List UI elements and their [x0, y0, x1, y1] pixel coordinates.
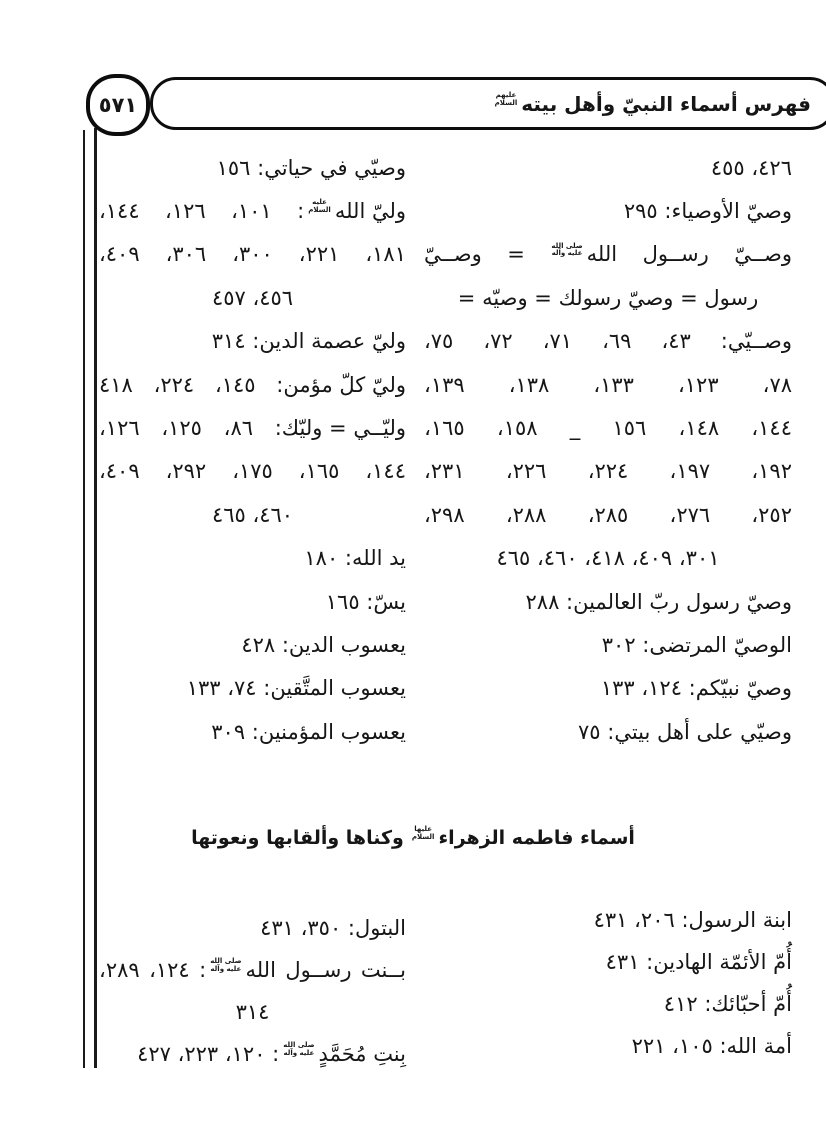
entry-segment: ٢٢١،: [299, 242, 340, 266]
entry-segment: =: [507, 242, 525, 266]
entry-segment: فهرس أسماء النبيّ وأهل بيتهعليهمالسلام: [494, 92, 811, 116]
entry-segment: ١٦٥،: [424, 416, 465, 440]
entry-segment: ١٤٨،: [679, 416, 720, 440]
index-entry-line: وليّ كلّ مؤمن:١٤٥،٢٢٤،٤١٨: [99, 363, 406, 406]
entry-segment: وصــيّي:: [721, 329, 792, 353]
index-entry-line: رسول = وصيّ رسولك = وصيّه =: [424, 276, 792, 319]
entry-segment: أسماء فاطمه الزهراءعليهاالسلام: [411, 827, 635, 849]
index-entry-line: وصيّي في حياتي: ١٥٦: [99, 146, 406, 189]
entry-segment: وكناها وألقابها ونعوتها: [191, 827, 404, 849]
index-entry-line: ٤٥٦، ٤٥٧: [99, 276, 406, 319]
index-entry-line: ١٤٤،١٦٥،١٧٥،٢٩٢،٤٠٩،: [99, 450, 406, 493]
entry-segment: وصيّي في حياتي: ١٥٦: [217, 156, 406, 180]
book-page: ٥٧١ فهرس أسماء النبيّ وأهل بيتهعليهمالسل…: [0, 0, 826, 1147]
index-entry-line: يد الله: ١٨٠: [99, 537, 406, 580]
honorific-saws-icon: صلى اللهعليه وآله: [210, 958, 241, 974]
entry-segment: ٢٧٦،: [670, 503, 711, 527]
honorific-saws-icon: صلى اللهعليه وآله: [551, 243, 582, 259]
entry-segment: ٤٥٦، ٤٥٧: [212, 286, 293, 310]
entry-segment: رســول: [643, 242, 709, 266]
entry-segment: ١٣٣،: [593, 373, 634, 397]
entry-segment: ١٣٩،: [424, 373, 465, 397]
index-entry-line: وصيّ نبيّكم: ١٢٤، ١٣٣: [424, 667, 792, 710]
index-entry-line: وصيّ رسول ربّ العالمين: ٢٨٨: [424, 580, 792, 623]
entry-segment: ٢٥٢،: [751, 503, 792, 527]
entry-segment: الوصيّ المرتضى: ٣٠٢: [602, 633, 792, 657]
entry-segment: ١٩٢،: [751, 459, 792, 483]
entry-segment: ٤٢٦، ٤٥٥: [711, 156, 792, 180]
entry-segment: ١٢٣،: [678, 373, 719, 397]
index-entry-line: يسّ: ١٦٥: [99, 580, 406, 623]
entry-segment: ٢٢٦،: [506, 459, 547, 483]
entry-segment: ١٤٤،: [99, 199, 140, 223]
entry-segment: ١٨١،: [365, 242, 406, 266]
entry-segment: وصيّي على أهل بيتي: ٧٥: [578, 720, 792, 744]
index-entry-line: ٣٠١، ٤٠٩، ٤١٨، ٤٦٠، ٤٦٥: [424, 537, 792, 580]
entry-segment: ١٠١،: [231, 199, 272, 223]
entry-segment: ٤٠٩،: [99, 459, 140, 483]
index-entry-line: وليّ عصمة الدين: ٣١٤: [99, 320, 406, 363]
entry-segment: ١٦٥،: [299, 459, 340, 483]
honorific-asm-icon: عليهمالسلام: [495, 92, 518, 108]
entry-segment: ٣١٤: [236, 1000, 270, 1024]
entry-segment: ٢٢٤،: [154, 373, 195, 397]
entry-segment: بِنتِ مُحَمَّدٍصلى اللهعليه وآله: ١٢٠، ٢…: [137, 1042, 406, 1066]
entry-segment: يعسوب المتَّقين: ٧٤، ١٣٣: [187, 676, 406, 700]
entry-segment: اللهصلى اللهعليه وآله: [550, 242, 617, 266]
honorific-as-icon: عليهالسلام: [308, 199, 331, 215]
entry-segment: ٢٨٩،: [99, 958, 140, 982]
entry-segment: ١٢٤،: [149, 958, 190, 982]
entry-segment: يعسوب المؤمنين: ٣٠٩: [211, 720, 406, 744]
entry-segment: اللهصلى اللهعليه وآله:: [199, 958, 276, 982]
header-box: فهرس أسماء النبيّ وأهل بيتهعليهمالسلام: [150, 77, 826, 130]
entry-segment: ١٤٤،: [365, 459, 406, 483]
entry-segment: ٧٥،: [424, 329, 453, 353]
entry-segment: ٣٠٦،: [166, 242, 207, 266]
entry-segment: _: [570, 416, 581, 440]
entry-segment: ٨٦،: [224, 416, 253, 440]
margin-rule-thin: [83, 130, 85, 1068]
entry-segment: ٢٩٢،: [166, 459, 207, 483]
entry-segment: ١٢٥،: [161, 416, 202, 440]
index-entry-line: ١٨١،٢٢١،٣٠٠،٣٠٦،٤٠٩،: [99, 233, 406, 276]
entry-segment: وصيّ نبيّكم: ١٢٤، ١٣٣: [601, 676, 792, 700]
entry-segment: ١٣٨،: [509, 373, 550, 397]
index-entry-line: ابنة الرسول: ٢٠٦، ٤٣١: [424, 899, 792, 941]
entry-segment: رسول = وصيّ رسولك = وصيّه =: [458, 286, 758, 310]
index-entry-line: ٣١٤: [99, 991, 406, 1033]
entry-segment: ٦٩،: [602, 329, 631, 353]
index-entry-line: يعسوب المتَّقين: ٧٤، ١٣٣: [99, 667, 406, 710]
entry-segment: ١٢٦،: [99, 416, 140, 440]
index-entry-line: أُمّ الأئمّة الهادين: ٤٣١: [424, 941, 792, 983]
index-entry-line: بِنتِ مُحَمَّدٍصلى اللهعليه وآله: ١٢٠، ٢…: [99, 1033, 406, 1075]
entry-segment: أُمّ أحبّائك: ٤١٢: [664, 992, 792, 1016]
entry-segment: ٣٠١، ٤٠٩، ٤١٨، ٤٦٠، ٤٦٥: [496, 546, 719, 570]
section-heading: أسماء فاطمه الزهراءعليهاالسلاموكناها وأل…: [0, 818, 826, 858]
index-entry-line: ٢٥٢،٢٧٦،٢٨٥،٢٨٨،٢٩٨،: [424, 493, 792, 536]
entry-segment: ٢٢٤،: [588, 459, 629, 483]
index-entry-line: البتول: ٣٥٠، ٤٣١: [99, 907, 406, 949]
index-entry-line: الوصيّ المرتضى: ٣٠٢: [424, 623, 792, 666]
margin-rule-thick: [94, 128, 97, 1068]
index-bottom-left-column: البتول: ٣٥٠، ٤٣١بــنترســولاللهصلى اللهع…: [99, 907, 406, 1075]
entry-segment: يسّ: ١٦٥: [326, 590, 406, 614]
entry-segment: رســول: [285, 958, 351, 982]
index-top-left-column: وصيّي في حياتي: ١٥٦وليّ اللهعليهالسلام:١…: [99, 146, 406, 753]
entry-segment: ١٢٦،: [165, 199, 206, 223]
index-entry-line: فهرس أسماء النبيّ وأهل بيتهعليهمالسلام: [494, 80, 811, 127]
entry-segment: وليّ كلّ مؤمن:: [276, 373, 406, 397]
entry-segment: ٤٦٠، ٤٦٥: [212, 503, 293, 527]
honorific-saws-icon: صلى اللهعليه وآله: [283, 1042, 314, 1058]
entry-segment: ابنة الرسول: ٢٠٦، ٤٣١: [594, 908, 792, 932]
entry-segment: ٤٠٩،: [99, 242, 140, 266]
entry-segment: أمة الله: ١٠٥، ٢٢١: [632, 1034, 792, 1058]
index-entry-line: يعسوب الدين: ٤٢٨: [99, 623, 406, 666]
entry-segment: يعسوب الدين: ٤٢٨: [241, 633, 406, 657]
entry-segment: وصيّ الأوصياء: ٢٩٥: [624, 199, 792, 223]
index-entry-line: يعسوب المؤمنين: ٣٠٩: [99, 710, 406, 753]
entry-segment: ١٥٦: [612, 416, 646, 440]
page-number: ٥٧١: [99, 93, 137, 117]
index-entry-line: أُمّ أحبّائك: ٤١٢: [424, 983, 792, 1025]
entry-segment: ١٩٧،: [670, 459, 711, 483]
entry-segment: ٧٢،: [483, 329, 512, 353]
entry-segment: ٧١،: [543, 329, 572, 353]
index-bottom-right-column: ابنة الرسول: ٢٠٦، ٤٣١أُمّ الأئمّة الهادي…: [424, 899, 792, 1067]
entry-segment: يد الله: ١٨٠: [304, 546, 406, 570]
index-entry-line: وصيّ الأوصياء: ٢٩٥: [424, 189, 792, 232]
index-entry-line: وليّ اللهعليهالسلام:١٠١،١٢٦،١٤٤،: [99, 189, 406, 232]
index-entry-line: وصــيّرســولاللهصلى اللهعليه وآله=وصــيّ: [424, 233, 792, 276]
entry-segment: وليّــي = وليّك:: [275, 416, 406, 440]
entry-segment: ٣٠٠،: [232, 242, 273, 266]
entry-segment: البتول: ٣٥٠، ٤٣١: [260, 916, 406, 940]
index-entry-line: أسماء فاطمه الزهراءعليهاالسلاموكناها وأل…: [0, 818, 826, 858]
honorific-asf-icon: عليهاالسلام: [412, 826, 435, 842]
index-entry-line: ١٩٢،١٩٧،٢٢٤،٢٢٦،٢٣١،: [424, 450, 792, 493]
entry-segment: ٧٨،: [763, 373, 792, 397]
entry-segment: ١٤٥،: [215, 373, 256, 397]
entry-segment: ٤١٨: [99, 373, 133, 397]
entry-segment: ٢٨٥،: [588, 503, 629, 527]
index-entry-line: وصــيّي:٤٣،٦٩،٧١،٧٢،٧٥،: [424, 320, 792, 363]
index-entry-line: بــنترســولاللهصلى اللهعليه وآله:١٢٤،٢٨٩…: [99, 949, 406, 991]
entry-segment: ٢٣١،: [424, 459, 465, 483]
index-top-right-column: ٤٢٦، ٤٥٥وصيّ الأوصياء: ٢٩٥وصــيّرســولال…: [424, 146, 792, 753]
page-number-badge: ٥٧١: [86, 74, 150, 136]
entry-segment: وليّ عصمة الدين: ٣١٤: [212, 329, 406, 353]
index-entry-line: ٤٢٦، ٤٥٥: [424, 146, 792, 189]
entry-segment: بــنت: [361, 958, 406, 982]
entry-segment: وليّ اللهعليهالسلام:: [297, 199, 406, 223]
entry-segment: ٤٣،: [661, 329, 690, 353]
entry-segment: ١٧٥،: [232, 459, 273, 483]
entry-segment: وصيّ رسول ربّ العالمين: ٢٨٨: [526, 590, 792, 614]
index-entry-line: ١٤٤،١٤٨،١٥٦_١٥٨،١٦٥،: [424, 406, 792, 449]
entry-segment: أُمّ الأئمّة الهادين: ٤٣١: [606, 950, 792, 974]
index-entry-line: وصيّي على أهل بيتي: ٧٥: [424, 710, 792, 753]
entry-segment: ٢٩٨،: [424, 503, 465, 527]
entry-segment: وصــيّ: [734, 242, 792, 266]
entry-segment: ١٥٨،: [497, 416, 538, 440]
index-entry-line: وليّــي = وليّك:٨٦،١٢٥،١٢٦،: [99, 406, 406, 449]
entry-segment: ١٤٤،: [751, 416, 792, 440]
entry-segment: ٢٨٨،: [506, 503, 547, 527]
index-entry-line: ٤٦٠، ٤٦٥: [99, 493, 406, 536]
entry-segment: وصــيّ: [424, 242, 482, 266]
index-entry-line: ٧٨،١٢٣،١٣٣،١٣٨،١٣٩،: [424, 363, 792, 406]
index-entry-line: أمة الله: ١٠٥، ٢٢١: [424, 1025, 792, 1067]
